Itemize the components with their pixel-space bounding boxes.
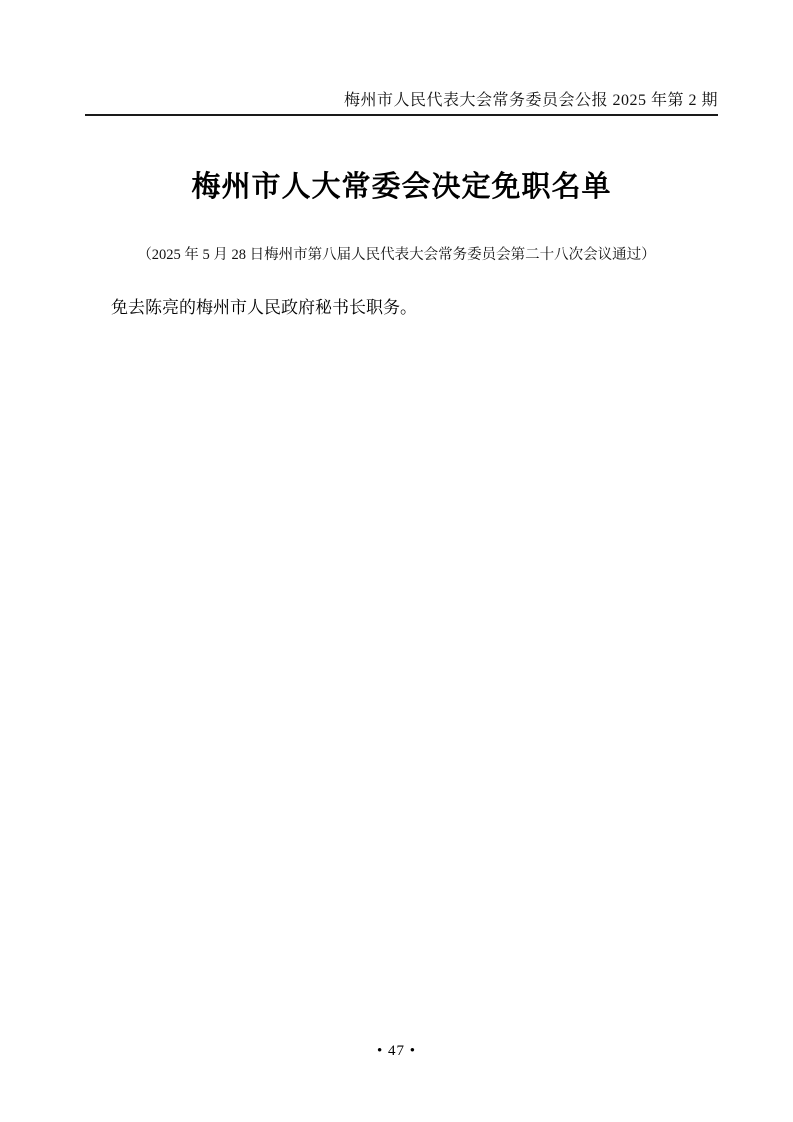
document-page: 梅州市人民代表大会常务委员会公报 2025 年第 2 期 梅州市人大常委会决定免… [0, 0, 793, 1122]
document-subtitle: （2025 年 5 月 28 日梅州市第八届人民代表大会常务委员会第二十八次会议… [45, 243, 748, 264]
page-number: • 47 • [0, 1043, 793, 1060]
header-rule [85, 114, 718, 116]
running-header: 梅州市人民代表大会常务委员会公报 2025 年第 2 期 [85, 87, 718, 110]
body-paragraph: 免去陈亮的梅州市人民政府秘书长职务。 [85, 294, 718, 321]
document-title: 梅州市人大常委会决定免职名单 [85, 164, 718, 205]
